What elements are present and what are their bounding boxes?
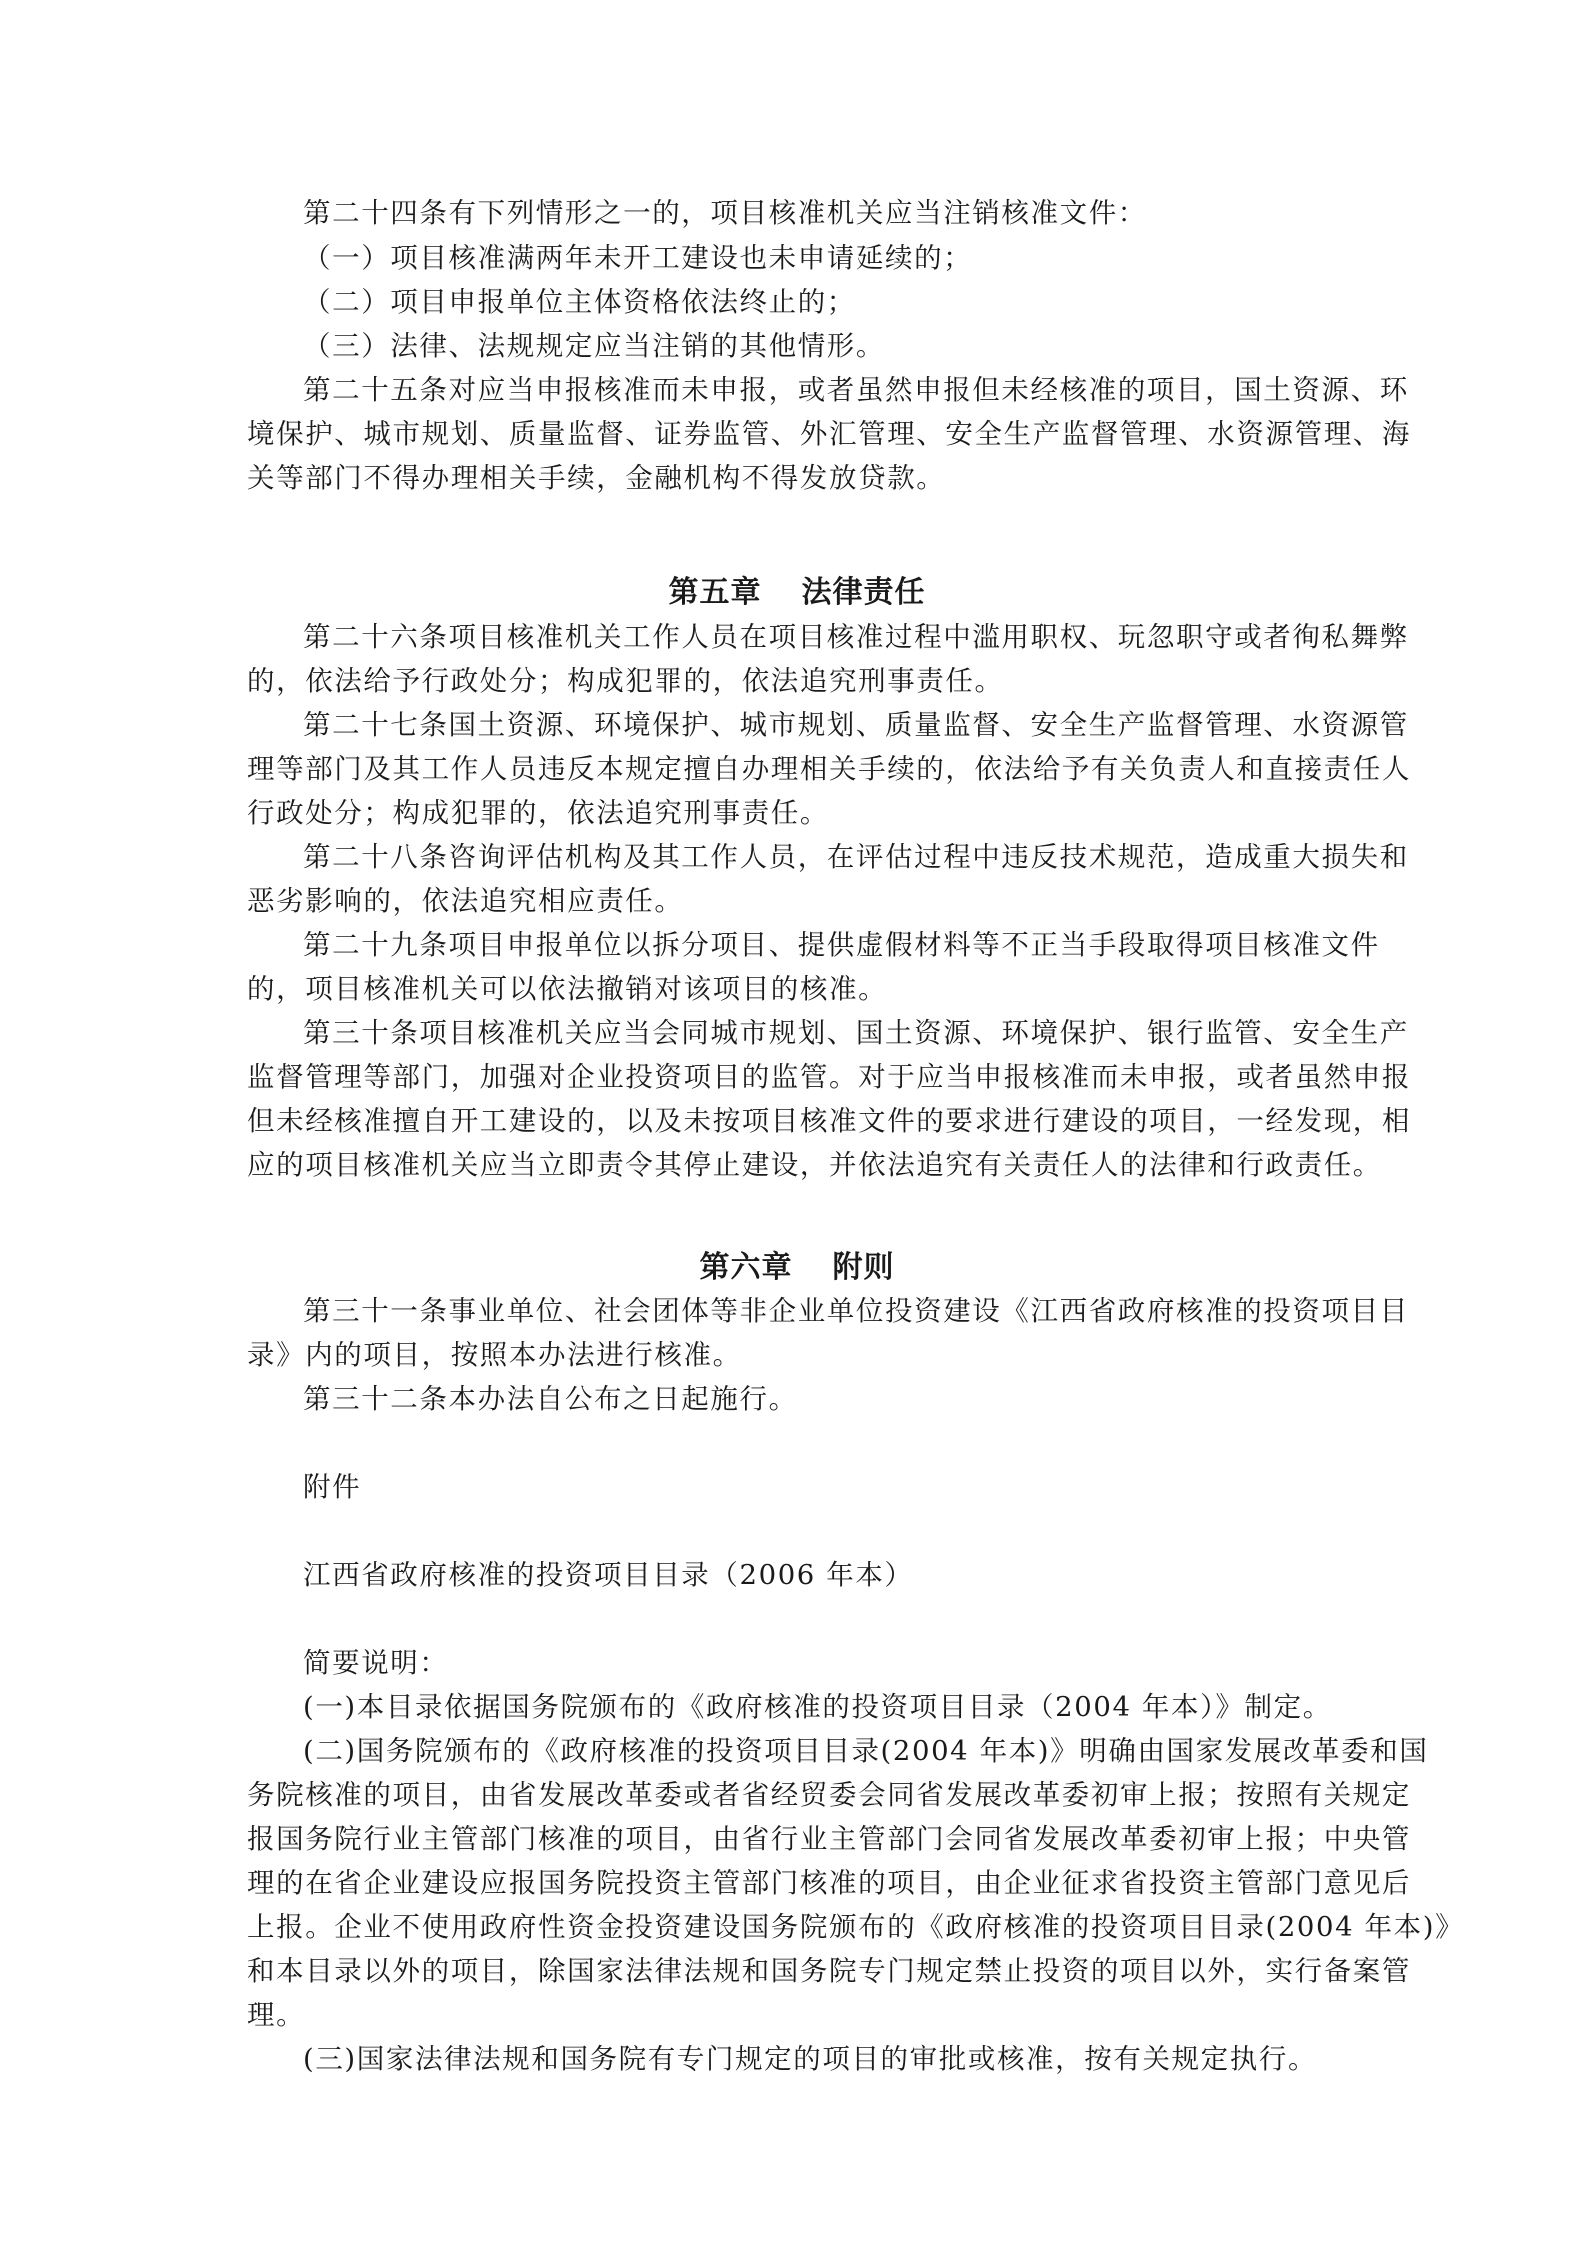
article-27-line-1: 第二十七条国土资源、环境保护、城市规划、质量监督、安全生产监督管理、水资源管 xyxy=(303,703,1347,747)
article-24-item-2: （二）项目申报单位主体资格依法终止的； xyxy=(303,280,1413,324)
article-26-line-2: 的，依法给予行政处分；构成犯罪的，依法追究刑事责任。 xyxy=(247,659,1357,703)
article-32-line-1: 第三十二条本办法自公布之日起施行。 xyxy=(303,1377,1413,1421)
article-30-line-4: 应的项目核准机关应当立即责令其停止建设，并依法追究有关责任人的法律和行政责任。 xyxy=(247,1143,1357,1187)
article-25-line-1: 第二十五条对应当申报核准而未申报，或者虽然申报但未经核准的项目，国土资源、环 xyxy=(303,368,1347,412)
article-25-line-2: 境保护、城市规划、质量监督、证券监管、外汇管理、安全生产监督管理、水资源管理、海 xyxy=(247,412,1347,456)
article-26-line-1: 第二十六条项目核准机关工作人员在项目核准过程中滥用职权、玩忽职守或者徇私舞弊 xyxy=(303,615,1347,659)
article-31-line-2: 录》内的项目，按照本办法进行核准。 xyxy=(247,1333,1357,1377)
article-24-item-3: （三）法律、法规规定应当注销的其他情形。 xyxy=(303,324,1413,368)
attachment-label: 附件 xyxy=(303,1465,1413,1509)
article-30-line-2: 监督管理等部门，加强对企业投资项目的监管。对于应当申报核准而未申报，或者虽然申报 xyxy=(247,1055,1347,1099)
chapter-5-title: 法律责任 xyxy=(802,575,926,610)
article-28-line-2: 恶劣影响的，依法追究相应责任。 xyxy=(247,879,1357,923)
article-27-line-3: 行政处分；构成犯罪的，依法追究刑事责任。 xyxy=(247,791,1357,835)
note-2-line-6: 和本目录以外的项目，除国家法律法规和国务院专门规定禁止投资的项目以外，实行备案管 xyxy=(247,1949,1347,1993)
article-30-line-3: 但未经核准擅自开工建设的，以及未按项目核准文件的要求进行建设的项目，一经发现，相 xyxy=(247,1099,1347,1143)
summary-heading: 简要说明： xyxy=(303,1641,1413,1685)
chapter-6-heading: 第六章附则 xyxy=(0,1246,1594,1290)
article-29-line-1: 第二十九条项目申报单位以拆分项目、提供虚假材料等不正当手段取得项目核准文件 xyxy=(303,923,1347,967)
chapter-6-number: 第六章 xyxy=(700,1250,793,1285)
note-2-line-4: 理的在省企业建设应报国务院投资主管部门核准的项目，由企业征求省投资主管部门意见后 xyxy=(247,1861,1347,1905)
note-2-line-5: 上报。企业不使用政府性资金投资建设国务院颁布的《政府核准的投资项目目录(2004… xyxy=(247,1905,1347,1949)
note-2-line-7: 理。 xyxy=(247,1993,1357,2037)
attachment-title: 江西省政府核准的投资项目目录（2006 年本） xyxy=(303,1553,1413,1597)
note-2-line-1: (二)国务院颁布的《政府核准的投资项目目录(2004 年本)》明确由国家发展改革… xyxy=(303,1729,1347,1773)
article-30-line-1: 第三十条项目核准机关应当会同城市规划、国土资源、环境保护、银行监管、安全生产 xyxy=(303,1011,1347,1055)
article-27-line-2: 理等部门及其工作人员违反本规定擅自办理相关手续的，依法给予有关负责人和直接责任人 xyxy=(247,747,1347,791)
article-28-line-1: 第二十八条咨询评估机构及其工作人员，在评估过程中违反技术规范，造成重大损失和 xyxy=(303,835,1347,879)
note-1-line-1: (一)本目录依据国务院颁布的《政府核准的投资项目目录（2004 年本）》制定。 xyxy=(303,1685,1413,1729)
article-29-line-2: 的，项目核准机关可以依法撤销对该项目的核准。 xyxy=(247,967,1357,1011)
note-2-line-3: 报国务院行业主管部门核准的项目，由省行业主管部门会同省发展改革委初审上报；中央管 xyxy=(247,1817,1347,1861)
article-24-item-1: （一）项目核准满两年未开工建设也未申请延续的； xyxy=(303,236,1413,280)
article-25-line-3: 关等部门不得办理相关手续，金融机构不得发放贷款。 xyxy=(247,456,1357,500)
chapter-5-heading: 第五章法律责任 xyxy=(0,571,1594,615)
note-2-line-2: 务院核准的项目，由省发展改革委或者省经贸委会同省发展改革委初审上报；按照有关规定 xyxy=(247,1773,1347,1817)
article-24-line-1: 第二十四条有下列情形之一的，项目核准机关应当注销核准文件： xyxy=(303,191,1413,235)
chapter-5-number: 第五章 xyxy=(669,575,762,610)
document-page: 第二十四条有下列情形之一的，项目核准机关应当注销核准文件： （一）项目核准满两年… xyxy=(0,0,1594,2252)
article-31-line-1: 第三十一条事业单位、社会团体等非企业单位投资建设《江西省政府核准的投资项目目 xyxy=(303,1289,1347,1333)
chapter-6-title: 附则 xyxy=(833,1250,895,1285)
note-3-line-1: (三)国家法律法规和国务院有专门规定的项目的审批或核准，按有关规定执行。 xyxy=(303,2037,1413,2081)
